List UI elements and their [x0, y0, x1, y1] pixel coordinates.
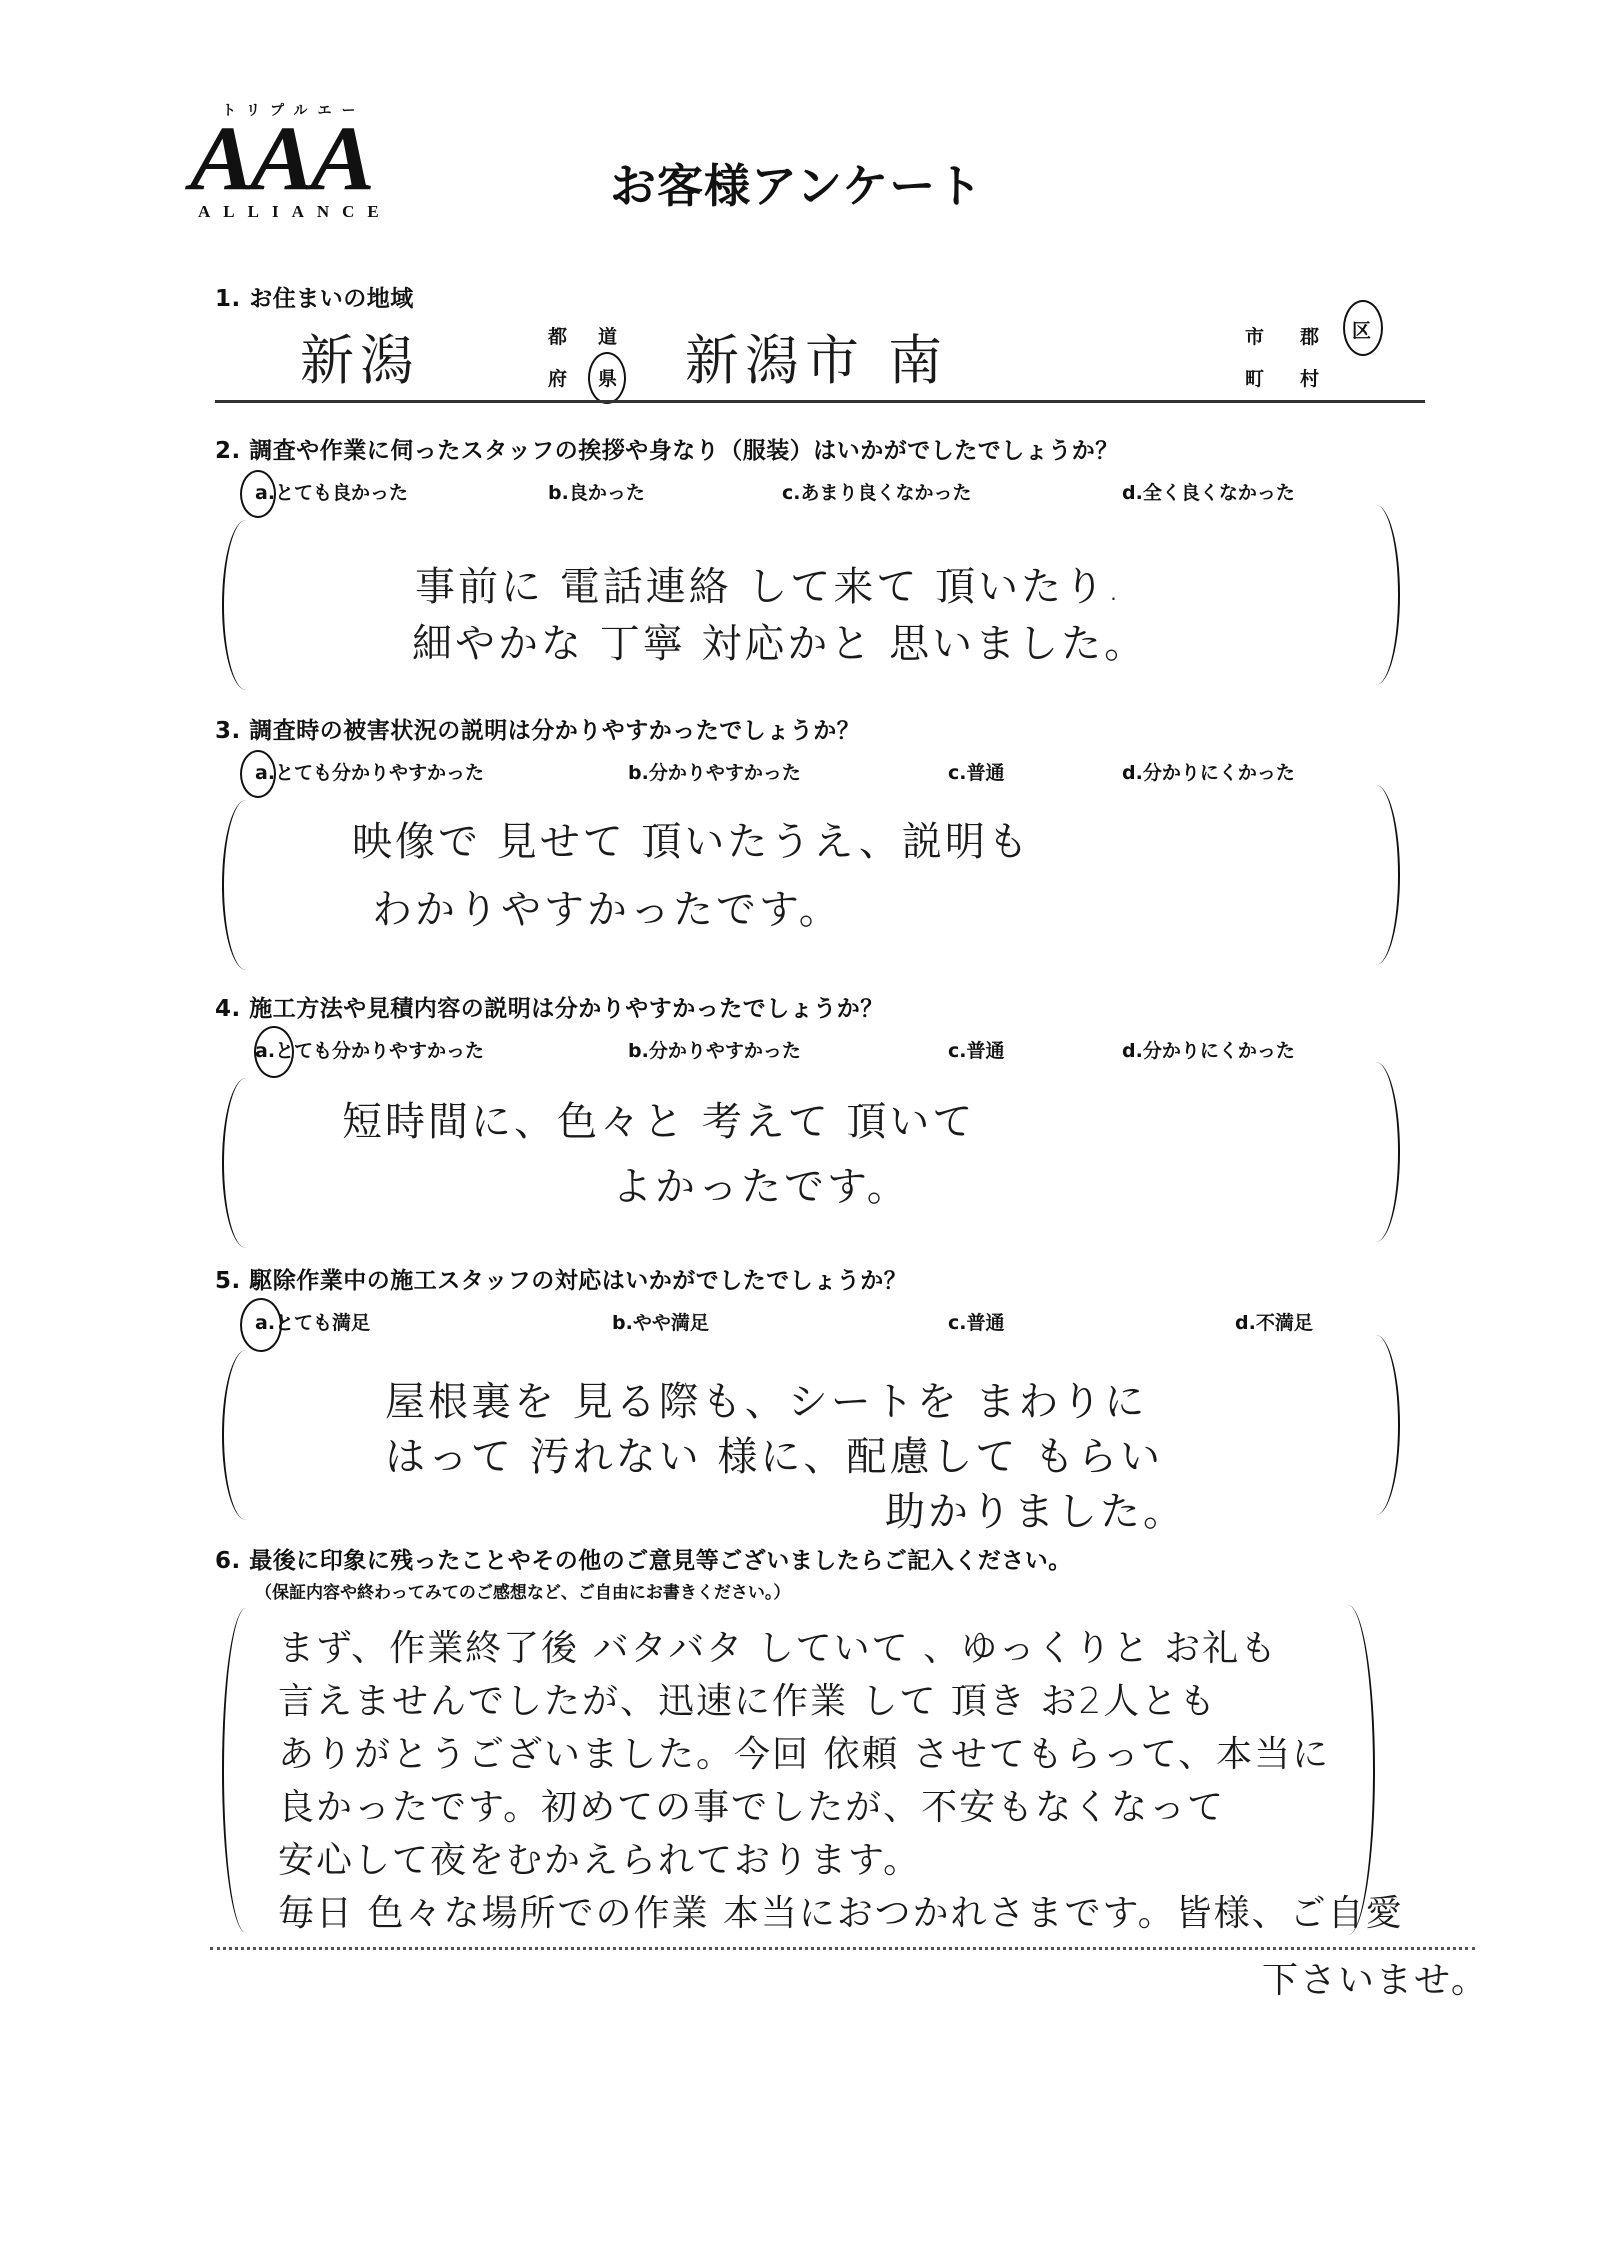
q4-option-d[interactable]: d.分かりにくかった — [1122, 1036, 1295, 1063]
logo-subtitle: ALLIANCE — [198, 202, 392, 222]
q4-selected-circle — [254, 1026, 294, 1078]
q2-answer-line-1: 事前に 電話連絡 して来て 頂いたり. — [415, 555, 1123, 612]
q3-selected-circle — [240, 750, 276, 798]
dotted-divider — [210, 1947, 1475, 1950]
q5-option-b[interactable]: b.やや満足 — [612, 1308, 709, 1335]
left-bracket — [222, 1078, 262, 1248]
left-bracket — [222, 800, 262, 970]
q5-option-c[interactable]: c.普通 — [948, 1308, 1004, 1335]
q4-answer-line-1: 短時間に、色々と 考えて 頂いて — [342, 1090, 975, 1147]
city-suffix-mura: 村 — [1300, 364, 1319, 391]
right-bracket — [1360, 785, 1400, 965]
q6-answer-line-3: ありがとうございました。今回 依頼 させてもらって、本当に — [278, 1726, 1330, 1777]
q4-answer-line-2: よかったです。 — [612, 1155, 910, 1212]
q5-answer-line-1: 屋根裏を 見る際も、シートを まわりに — [385, 1370, 1147, 1427]
q6-heading: 6. 最後に印象に残ったことやその他のご意見等ございましたらご記入ください。 — [215, 1542, 1072, 1575]
q5-option-d[interactable]: d.不満足 — [1235, 1308, 1313, 1335]
right-bracket — [1360, 1335, 1400, 1515]
q6-answer-line-1: まず、作業終了後 バタバタ していて 、ゆっくりと お礼も — [278, 1620, 1278, 1671]
q4-option-b[interactable]: b.分かりやすかった — [628, 1036, 801, 1063]
q5-answer-line-2: はって 汚れない 様に、配慮して もらい — [385, 1425, 1163, 1482]
q3-answer-line-1: 映像で 見せて 頂いたうえ、説明も — [352, 810, 1031, 867]
left-bracket — [222, 1350, 262, 1520]
q2-option-c[interactable]: c.あまり良くなかった — [782, 478, 971, 505]
q6-answer-line-2: 言えませんでしたが、迅速に作業 して 頂き お2人とも — [278, 1673, 1217, 1724]
pref-selected-circle — [588, 352, 626, 404]
q3-option-c[interactable]: c.普通 — [948, 758, 1004, 785]
q6-answer-line-5: 安心して夜をむかえられております。 — [278, 1832, 921, 1883]
q2-answer-line-2: 細やかな 丁寧 対応かと 思いました。 — [412, 612, 1147, 669]
right-bracket — [1360, 505, 1400, 685]
q6-answer-line-4: 良かったです。初めての事でしたが、不安もなくなって — [278, 1779, 1225, 1830]
pref-suffix-fu: 府 — [548, 364, 567, 391]
document-title: お客様アンケート — [610, 150, 983, 216]
q2-option-a[interactable]: a.とても良かった — [255, 478, 408, 505]
q1-city-value: 新潟市 南 — [685, 318, 948, 395]
q2-selected-circle — [240, 470, 276, 518]
q3-option-a[interactable]: a.とても分かりやすかった — [255, 758, 484, 785]
q3-heading: 3. 調査時の被害状況の説明は分かりやすかったでしょうか？ — [215, 712, 860, 745]
q1-heading: 1. お住まいの地域 — [215, 280, 414, 313]
logo-mark: AAA — [190, 112, 371, 204]
q5-heading: 5. 駆除作業中の施工スタッフの対応はいかがでしたでしょうか？ — [215, 1262, 907, 1295]
city-suffix-gun: 郡 — [1300, 322, 1319, 349]
q6-answer-line-7: 下さいませ。 — [1262, 1952, 1489, 2003]
left-bracket — [222, 1608, 262, 1933]
pref-suffix-do: 道 — [598, 322, 617, 349]
q2-option-d[interactable]: d.全く良くなかった — [1122, 478, 1295, 505]
city-selected-circle — [1343, 300, 1383, 356]
q2-option-b[interactable]: b.良かった — [548, 478, 645, 505]
q1-prefecture-value: 新潟 — [300, 318, 420, 395]
q5-answer-line-3: 助かりました。 — [885, 1480, 1186, 1537]
city-suffix-shi: 市 — [1245, 322, 1264, 349]
q3-option-d[interactable]: d.分かりにくかった — [1122, 758, 1295, 785]
q3-option-b[interactable]: b.分かりやすかった — [628, 758, 801, 785]
q4-option-c[interactable]: c.普通 — [948, 1036, 1004, 1063]
q3-answer-line-2: わかりやすかったです。 — [372, 878, 842, 935]
pref-suffix-to: 都 — [548, 322, 567, 349]
q5-selected-circle — [240, 1298, 282, 1352]
q6-note: （保証内容や終わってみてのご感想など、ご自由にお書きください。） — [255, 1578, 790, 1603]
city-suffix-machi: 町 — [1245, 364, 1264, 391]
divider-line — [215, 400, 1425, 403]
q2-heading: 2. 調査や作業に伺ったスタッフの挨拶や身なり（服装）はいかがでしたでしょうか？ — [215, 432, 1119, 465]
right-bracket — [1360, 1062, 1400, 1242]
q6-answer-line-6: 毎日 色々な場所での作業 本当におつかれさまです。皆様、ご自愛 — [278, 1885, 1404, 1936]
left-bracket — [222, 520, 262, 690]
q4-heading: 4. 施工方法や見積内容の説明は分かりやすかったでしょうか？ — [215, 990, 884, 1023]
